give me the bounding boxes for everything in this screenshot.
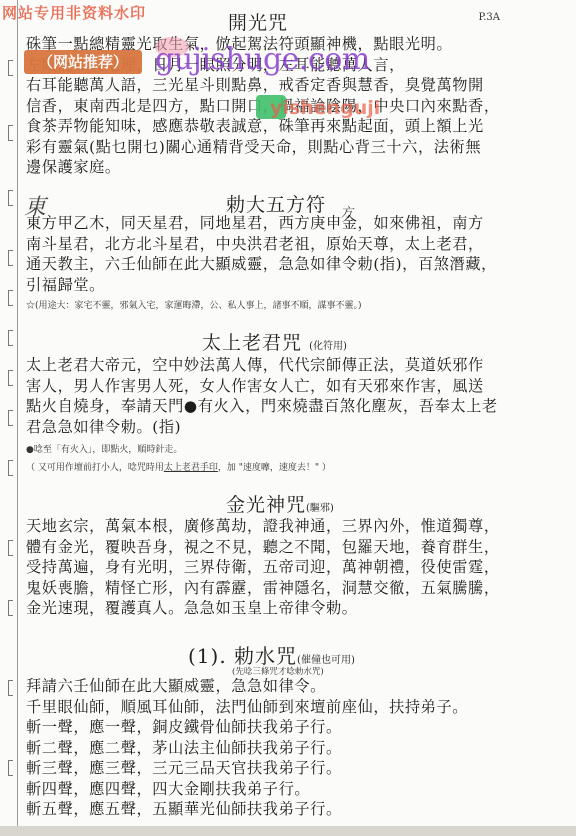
watermark-label: 网站专用非资料水印 (2, 2, 146, 23)
margin-mark (8, 330, 13, 346)
text-line: 右耳能聽萬人語，三光星斗則點鼻，戒香定香與慧香，臭覺萬物開 (26, 75, 556, 96)
text-line: 鬼妖喪膽，精怪亡形，內有霹靂，雷神隱名，洞慧交徹，五氣騰騰， (26, 578, 556, 599)
margin-mark (8, 760, 13, 776)
margin-mark (8, 410, 13, 426)
text-line: 東方甲乙木，同天星君，同地星君，西方庚申金，如來佛祖，南方 (26, 213, 556, 234)
text-line: 千里眼仙師，順風耳仙師，法門仙師到來壇前座仙，扶持弟子。 (26, 697, 556, 718)
section-body-jinguang: 天地玄宗，萬氣本根，廣修萬劫，證我神通，三界內外，惟道獨尊， 體有金光，覆映吾身… (26, 516, 556, 619)
text-line: 體有金光，覆映吾身，視之不見，聽之不聞，包羅天地，養育群生， (26, 537, 556, 558)
section-body-taishang: 太上老君大帝元，空中妙法萬人傳，代代宗師傳正法，莫道妖邪作 害人，男人作害男人死… (26, 355, 556, 437)
section-body-wufang: 東方甲乙木，同天星君，同地星君，西方庚申金，如來佛祖，南方 南斗星君，北方北斗星… (26, 213, 556, 295)
margin-mark (8, 125, 13, 141)
usage-note: （ 又可用作壇前打小人，唸咒時用太上老君手印，加 "速度嚤，速度去！" ） (26, 460, 331, 473)
text-line: 金光速現，覆護真人。急急如玉皇上帝律令勅。 (26, 598, 556, 619)
section-body-chishui: 拜請六壬仙師在此大顯威靈，急急如律令。 千里眼仙師，順風耳仙師，法門仙師到來壇前… (26, 676, 556, 820)
watermark-recommend-badge: （网站推荐） (24, 50, 142, 74)
text-line: 食茶弄物能知味，感應恭敬表誠意，硃筆再來點起面，頭上額上光 (26, 116, 556, 137)
margin-mark (8, 370, 13, 386)
text-line: 天地玄宗，萬氣本根，廣修萬劫，證我神通，三界內外，惟道獨尊， (26, 516, 556, 537)
section-title-text: 金光神咒 (226, 494, 306, 516)
text-line: 斬二聲，應二聲，茅山法主仙師扶我弟子行。 (26, 738, 556, 759)
section-title-taishang: 太上老君咒 (化符用) (202, 328, 347, 355)
text-line: 引福歸堂。 (26, 275, 556, 296)
section-subtitle: (化符用) (309, 341, 347, 352)
margin-mark (8, 190, 13, 206)
binding-margin-line (17, 0, 18, 826)
margin-mark (8, 250, 13, 266)
text-line: 斬四聲，應四聲，四大金剛扶我弟子行。 (26, 779, 556, 800)
watermark-url: gujishuge.com (155, 42, 370, 77)
margin-mark (8, 600, 13, 616)
text-line: 斬三聲，應三聲，三元三品天官扶我弟子行。 (26, 758, 556, 779)
hand-seal-text: 太上老君手印 (164, 463, 218, 473)
section-title-text: 開光咒 (228, 12, 288, 34)
text-line: 君急急如律令勅。(指) (26, 417, 556, 438)
section-subtitle: (驅邪) (306, 503, 334, 514)
section-title-jinguang: 金光神咒(驅邪) (226, 490, 334, 517)
text-line: 斬五聲，應五聲，五顯華光仙師扶我弟子行。 (26, 799, 556, 820)
margin-mark (8, 460, 13, 476)
document-page: P.3A 開光咒 硃筆一點總精靈光取生氣，倣起駕法符頭顯神機，點眼光明。 左眼能… (0, 0, 576, 826)
section-title-text: 太上老君咒 (202, 332, 302, 354)
margin-mark (8, 680, 13, 696)
note-text: （ 又可用作壇前打小人，唸咒時用 (26, 463, 164, 473)
page-number: P.3A (479, 12, 500, 23)
text-line: 通天教主，六壬仙師在此大顯威靈，急急如律令勅(指)，百煞潛藏， (26, 254, 556, 275)
text-line: 彩有靈氣(點乜開乜)關心通精背受天命，則點心背三十六，法術無 (26, 137, 556, 158)
watermark-url-secondary: yishenguji (270, 97, 380, 119)
text-line: 太上老君大帝元，空中妙法萬人傳，代代宗師傳正法，莫道妖邪作 (26, 355, 556, 376)
text-line: 邊保護家庭。 (26, 157, 556, 178)
fire-note: ●唸至「有火入」，即點火，順時針走。 (26, 442, 182, 455)
page-bottom-edge (0, 826, 576, 836)
margin-mark (8, 60, 13, 76)
text-line: 點火自燒身，奉請天門●有火入，門來燒盡百煞化塵灰，吾奉太上老 (26, 396, 556, 417)
text-line: 斬一聲，應一聲，銅皮鐵骨仙師扶我弟子行。 (26, 717, 556, 738)
margin-mark (8, 540, 13, 556)
text-line: 拜請六壬仙師在此大顯威靈，急急如律令。 (26, 676, 556, 697)
note-text: ，加 "速度嚤，速度去！" ） (218, 463, 331, 473)
text-line: 南斗星君，北方北斗星君，中央洪君老祖，原始天尊，太上老君， (26, 234, 556, 255)
text-line: 害人，男人作害男人死，女人作害女人亡，如有天邪來作害，風送 (26, 376, 556, 397)
section-title-kaiguang: 開光咒 (228, 8, 288, 35)
text-line: 受持萬遍，身有光明，三界侍衛，五帝司迎，萬神朝禮，役使雷霆， (26, 557, 556, 578)
usage-note: ☆(用途大：家宅不靈，邪氣入宅，家運晦滯，公、私人事上，諸事不順，謀事不靈。) (26, 298, 362, 311)
margin-mark (8, 290, 13, 306)
